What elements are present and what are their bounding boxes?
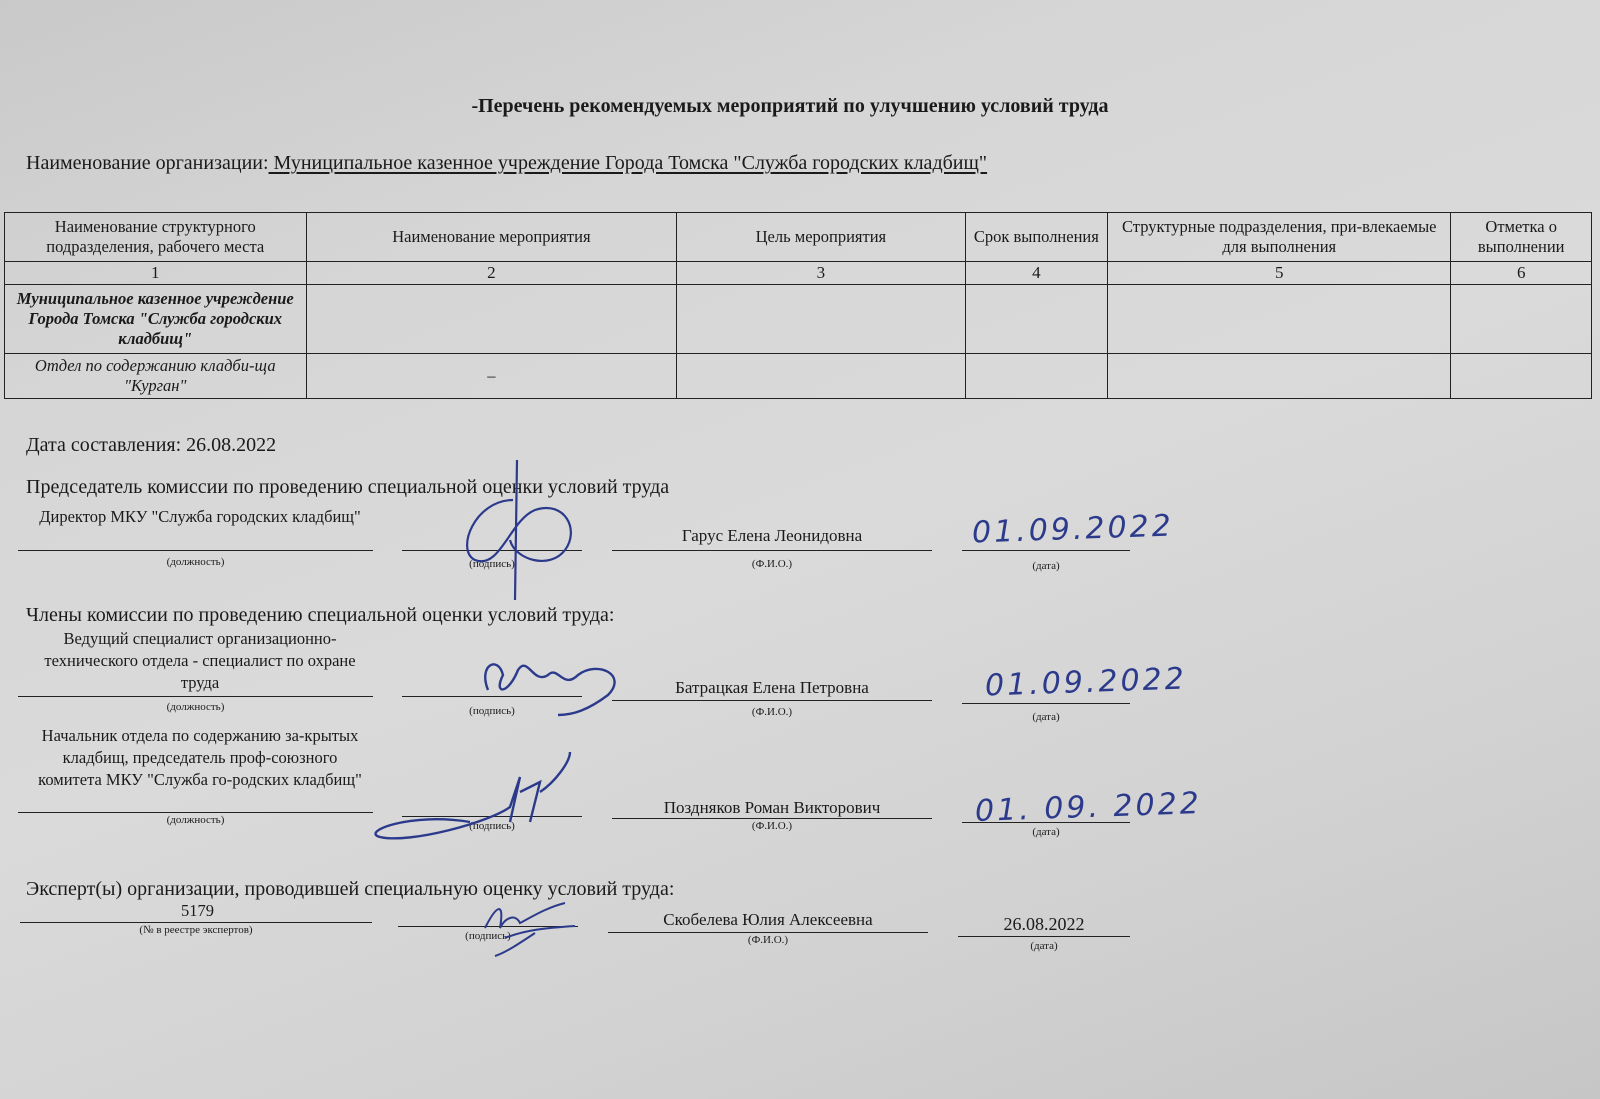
expert-name: Скобелева Юлия Алексеевна <box>608 910 928 930</box>
fio-caption: (Ф.И.О.) <box>608 934 928 946</box>
organization-line: Наименование организации: Муниципальное … <box>26 152 987 175</box>
cell-deadline <box>965 285 1108 354</box>
member-1-position: Ведущий специалист организационно-технич… <box>30 628 370 694</box>
table-row: Отдел по содержанию кладби-ща "Курган" – <box>5 354 1592 399</box>
fio-line <box>612 700 932 701</box>
cell-goal <box>677 285 965 354</box>
cell-measure: – <box>306 354 677 399</box>
date-caption: (дата) <box>958 940 1130 952</box>
header-unit: Наименование структурного подразделения,… <box>5 213 307 262</box>
position-caption: (должность) <box>18 814 373 826</box>
date-compiled: Дата составления: 26.08.2022 <box>26 434 276 457</box>
column-number: 2 <box>306 262 677 285</box>
expert-registry-number: 5179 <box>20 900 375 922</box>
member-1-handwritten-date: 01.09.2022 <box>984 661 1187 703</box>
position-line <box>18 812 373 813</box>
chairman-name: Гарус Елена Леонидовна <box>612 526 932 546</box>
organization-name: Муниципальное казенное учреждение Города… <box>269 152 988 174</box>
table-row: Муниципальное казенное учреждение Города… <box>5 285 1592 354</box>
cell-departments <box>1108 354 1451 399</box>
position-caption: (должность) <box>18 701 373 713</box>
date-caption: (дата) <box>962 560 1130 572</box>
document-title: -Перечень рекомендуемых мероприятий по у… <box>0 95 1580 118</box>
cell-unit: Отдел по содержанию кладби-ща "Курган" <box>5 354 307 399</box>
header-goal: Цель мероприятия <box>677 213 965 262</box>
fio-line <box>608 932 928 933</box>
header-measure: Наименование мероприятия <box>306 213 677 262</box>
fio-line <box>612 550 932 551</box>
expert-date: 26.08.2022 <box>960 914 1128 935</box>
member-2-name: Поздняков Роман Викторович <box>612 798 932 818</box>
fio-caption: (Ф.И.О.) <box>612 820 932 832</box>
measures-table: Наименование структурного подразделения,… <box>4 212 1592 399</box>
chairman-position: Директор МКУ "Служба городских кладбищ" <box>30 506 370 528</box>
cell-mark <box>1451 354 1592 399</box>
expert-signature-icon <box>465 898 585 963</box>
column-number: 1 <box>5 262 307 285</box>
cell-unit: Муниципальное казенное учреждение Города… <box>5 285 307 354</box>
cell-measure <box>306 285 677 354</box>
position-line <box>18 550 373 551</box>
date-line <box>962 550 1130 551</box>
cell-departments <box>1108 285 1451 354</box>
column-number: 6 <box>1451 262 1592 285</box>
column-number: 5 <box>1108 262 1451 285</box>
column-number: 4 <box>965 262 1108 285</box>
member-2-signature-icon <box>370 752 580 847</box>
cell-goal <box>677 354 965 399</box>
date-caption: (дата) <box>962 711 1130 723</box>
registry-caption: (№ в реестре экспертов) <box>20 924 372 936</box>
table-header-row: Наименование структурного подразделения,… <box>5 213 1592 262</box>
organization-label: Наименование организации: <box>26 152 269 174</box>
header-mark: Отметка о выполнении <box>1451 213 1592 262</box>
chairman-signature-icon <box>455 460 595 605</box>
member-2-handwritten-date: 01. 09. 2022 <box>974 786 1202 829</box>
member-1-name: Батрацкая Елена Петровна <box>612 678 932 698</box>
member-2-position: Начальник отдела по содержанию за-крытых… <box>30 725 370 791</box>
date-line <box>958 936 1130 937</box>
fio-line <box>612 818 932 819</box>
chairman-handwritten-date: 01.09.2022 <box>971 508 1174 550</box>
fio-caption: (Ф.И.О.) <box>612 706 932 718</box>
position-line <box>18 696 373 697</box>
header-departments: Структурные подразделения, при-влекаемые… <box>1108 213 1451 262</box>
cell-deadline <box>965 354 1108 399</box>
member-1-signature-icon <box>478 655 628 730</box>
members-heading: Члены комиссии по проведению специальной… <box>26 604 615 627</box>
position-caption: (должность) <box>18 556 373 568</box>
registry-line <box>20 922 372 923</box>
column-number: 3 <box>677 262 965 285</box>
fio-caption: (Ф.И.О.) <box>612 558 932 570</box>
table-number-row: 1 2 3 4 5 6 <box>5 262 1592 285</box>
cell-mark <box>1451 285 1592 354</box>
header-deadline: Срок выполнения <box>965 213 1108 262</box>
